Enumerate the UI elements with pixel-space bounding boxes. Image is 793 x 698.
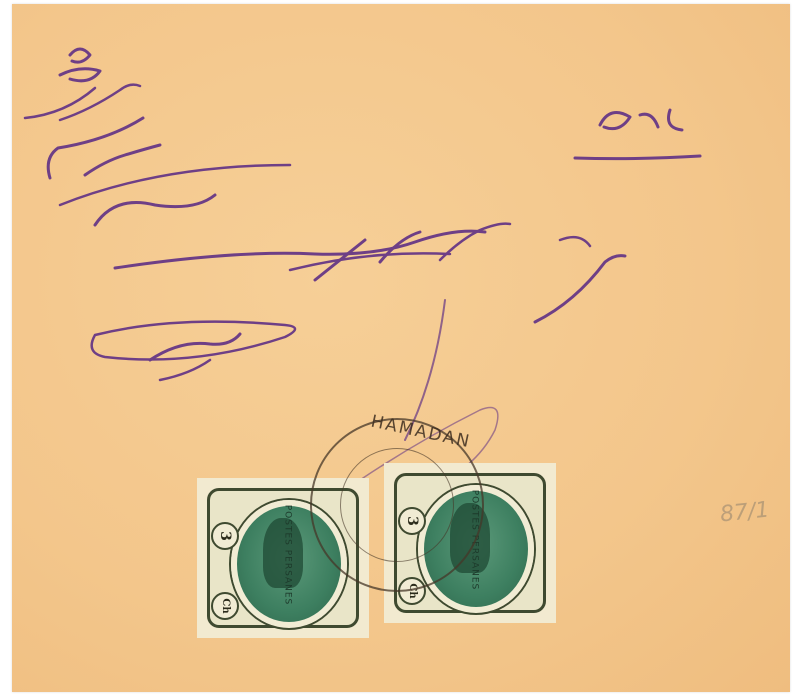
pencil-note: 87/1 [719,497,771,527]
postmark: HAMADAN [310,418,484,592]
